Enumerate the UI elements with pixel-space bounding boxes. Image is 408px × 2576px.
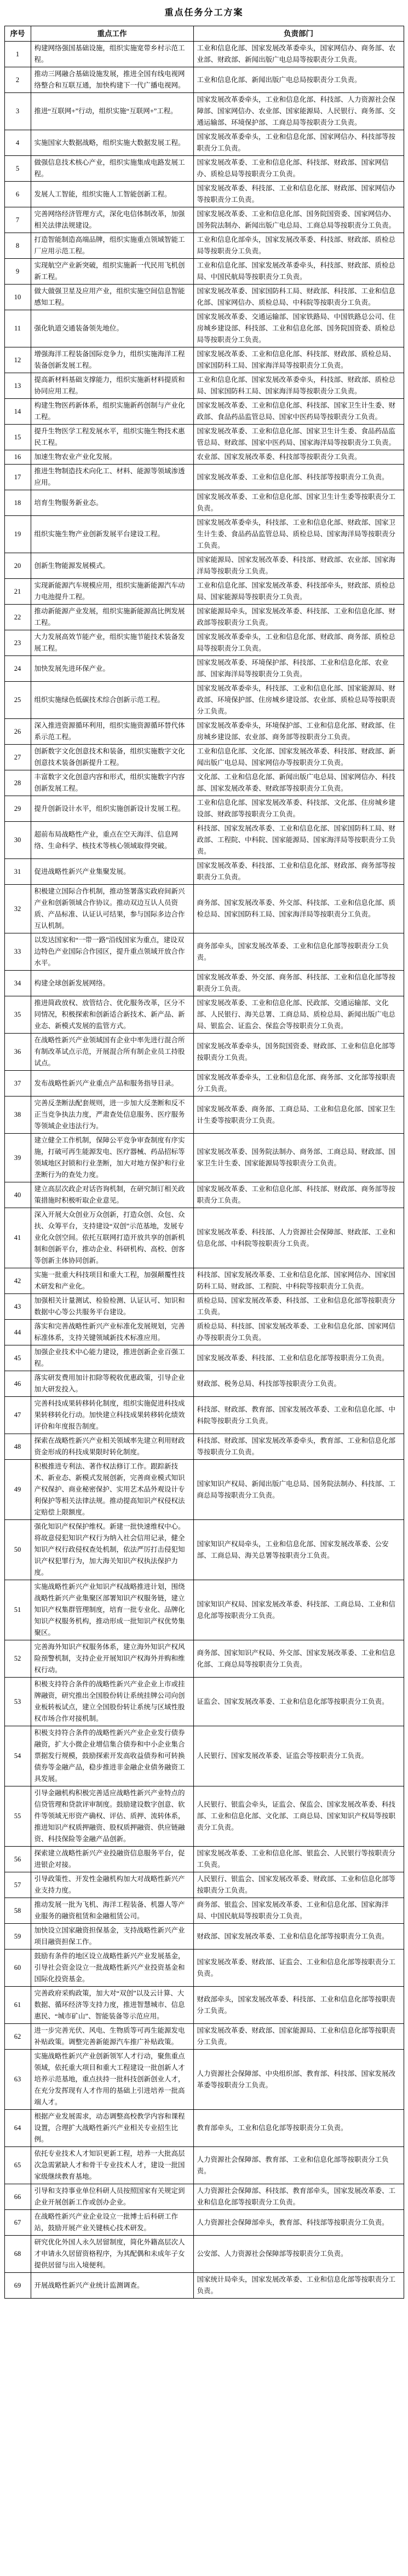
cell-no: 45 xyxy=(4,1345,31,1371)
cell-task: 超前布局战略性产业，重点在空天海洋、信息网络、生命科学、核技术等核心领域取得突破… xyxy=(31,822,193,859)
cell-task: 引导政策性、开发性金融机构加大对战略性新兴产业支持力度。 xyxy=(31,1872,193,1898)
cell-dept: 国家发展改革委、科技部、工业和信息化部、财政部、国家网信办等按职责分工负责。 xyxy=(193,182,404,207)
cell-dept: 国家发展改革委、交通运输部、国家铁路局、中国铁路总公司、住房城乡建设部、科技部、… xyxy=(193,310,404,347)
table-row: 16加速生物农业产业化发展。农业部、国家发展改革委、科技部等按职责分工负责。 xyxy=(4,450,404,465)
cell-task: 加速生物农业产业化发展。 xyxy=(31,450,193,465)
table-row: 63实施战略性新兴产业创新领军人才行动，聚焦重点领域，依托重大项目和重大工程建设… xyxy=(4,2050,404,2110)
cell-task: 推动三网融合基础设施发展，推进全国有线电视网络整合和互联互通，加快构建下一代广播… xyxy=(31,67,193,93)
col-header-task: 重点工作 xyxy=(31,26,193,42)
cell-dept: 国家发展改革委、工业和信息化部、国家卫生计生委、食品药品监管总局、财政部、国家中… xyxy=(193,425,404,450)
cell-no: 47 xyxy=(4,1397,31,1434)
cell-dept: 国家知识产权局、新闻出版广电总局、国务院法制办、科技部、工商总局等按职责分工负责… xyxy=(193,1460,404,1520)
cell-task: 鼓励有条件的地区设立战略性新兴产业发展基金，引导社会资金设立一批战略性新兴产业投… xyxy=(31,1950,193,1987)
cell-no: 9 xyxy=(4,259,31,285)
cell-task: 完善政府采购政策，加大对“双创”以及云计算、大数据、循环经济等支持力度，推进智慧… xyxy=(31,1987,193,2024)
table-row: 32积极建立国际合作机制，推动签署落实政府间新兴产业和创新领域合作协议。推动双边… xyxy=(4,885,404,933)
cell-no: 6 xyxy=(4,182,31,207)
cell-no: 37 xyxy=(4,1071,31,1096)
cell-dept: 科技部、国家发展改革委、工业和信息化部、国家国防科工局、财政部、工程院、中科院、… xyxy=(193,822,404,859)
cell-task: 建立健全工作机制，保障公平竞争审查制度有序实施，打破可再生能源发电、医疗器械、药… xyxy=(31,1134,193,1182)
table-row: 27创新数字文化创意技术和装备，组织实施数字文化创意技术装备创新提升工程。工业和… xyxy=(4,745,404,770)
cell-dept: 人力资源社会保障部牵头，教育部、科技部等按职责分工负责。 xyxy=(193,2210,404,2236)
cell-dept: 国家发展改革委、工业和信息化部、民政部、交通运输部、文化部、人民银行、海关总署、… xyxy=(193,996,404,1034)
cell-task: 大力发展高效节能产业，组织实施节能技术装备发展工程。 xyxy=(31,630,193,656)
cell-dept: 农业部、国家发展改革委、科技部等按职责分工负责。 xyxy=(193,450,404,465)
table-row: 48探索在战略性新兴产业相关领域率先建立利用财政资金形成的科技成果限时转化制度。… xyxy=(4,1434,404,1460)
table-row: 23大力发展高效节能产业，组织实施节能技术装备发展工程。国家发展改革委牵头，工业… xyxy=(4,630,404,656)
cell-no: 51 xyxy=(4,1580,31,1640)
cell-no: 50 xyxy=(4,1520,31,1580)
table-row: 11强化轨道交通装备领先地位。国家发展改革委、交通运输部、国家铁路局、中国铁路总… xyxy=(4,310,404,347)
cell-dept: 科技部、财政部、国家发展改革委牵头，教育部、工业和信息化部等按职责分工负责。 xyxy=(193,1434,404,1460)
cell-dept: 国家发展改革委、国务院法制办、商务部、工商总局、财政部、国家卫生计生委、国家能源… xyxy=(193,1134,404,1182)
cell-dept: 工业和信息化部、国家发展改革委、科技部、文化部、住房城乡建设部、财政部等按职责分… xyxy=(193,796,404,822)
cell-dept: 证监会、国家发展改革委、工业和信息化部等按职责分工负责。 xyxy=(193,1678,404,1726)
cell-task: 实施一批重大科技项目和重大工程，加强颠覆性技术研发和产业化。 xyxy=(31,1268,193,1294)
cell-task: 做大做强卫星及应用产业，组织实施空间信息智能感知工程。 xyxy=(31,285,193,310)
cell-dept: 工业和信息化部、国家发展改革委牵头，科技部、财政部、质检总局、国家国防科工局、国… xyxy=(193,373,404,399)
table-row: 44落实和完善战略性新兴产业标准化发展规划，完善标准体系，支持关键领域新技术标准… xyxy=(4,1320,404,1345)
table-row: 20创新生物能源发展模式。国家能源局、国家发展改革委、科技部、财政部、农业部、国… xyxy=(4,553,404,579)
cell-task: 实施战略性新兴产业创新领军人才行动，聚焦重点领域，依托重大项目和重大工程建设一批… xyxy=(31,2050,193,2110)
cell-task: 加快发展先进环保产业。 xyxy=(31,656,193,682)
table-row: 31促进战略性新兴产业集聚发展。国家发展改革委、科技部、工业和信息化部、财政部、… xyxy=(4,859,404,885)
table-row: 56探索建立战略性新兴产业投融资信息服务平台，促进银企对接。国家发展改革委、工业… xyxy=(4,1847,404,1872)
table-row: 67在战略性新兴产业企业设立一批博士后科研工作站，鼓励开展产业关键核心技术研发。… xyxy=(4,2210,404,2236)
cell-no: 35 xyxy=(4,996,31,1034)
cell-no: 34 xyxy=(4,971,31,996)
cell-task: 探索在战略性新兴产业相关领域率先建立利用财政资金形成的科技成果限时转化制度。 xyxy=(31,1434,193,1460)
cell-task: 提高新材料基础支撑能力，组织实施新材料提质和协同应用工程。 xyxy=(31,373,193,399)
cell-task: 推动发展一批为飞机、海洋工程装备、机器人等产业服务的融资租赁和金融租赁公司。 xyxy=(31,1898,193,1924)
cell-no: 65 xyxy=(4,2147,31,2184)
cell-dept: 国家发展改革委牵头，工业和信息化部、国家网信办、科技部等按职责分工负责。 xyxy=(193,130,404,156)
cell-dept: 人力资源社会保障部、教育部、工业和信息化部等按职责分工负责。 xyxy=(193,2147,404,2184)
col-header-no: 序号 xyxy=(4,26,31,42)
cell-task: 建立高层次政企对话咨询机制，在研究制订相关政策措施时积极听取企业意见。 xyxy=(31,1182,193,1208)
cell-dept: 国家发展改革委牵头，工业和信息化部、财政部、商务部、质检总局等按职责分工负责。 xyxy=(193,630,404,656)
cell-no: 20 xyxy=(4,553,31,579)
table-row: 34构建全球创新发展网络。国家发展改革委、外交部、商务部、科技部、工业和信息化部… xyxy=(4,971,404,996)
cell-task: 推进“互联网+”行动，组织实施“互联网+”工程。 xyxy=(31,93,193,130)
cell-task: 完善网络经济管理方式，深化电信体制改革，加强相关法律法规建设。 xyxy=(31,207,193,233)
cell-dept: 国家发展改革委、财政部、国家能源局、工业和信息化部等按职责分工负责。 xyxy=(193,2024,404,2050)
table-row: 36在战略性新兴产业领域国有企业中率先进行混合所有制改革试点示范，开展混合所有制… xyxy=(4,1034,404,1071)
cell-no: 16 xyxy=(4,450,31,465)
cell-task: 深入推进资源循环利用，组织实施资源循环替代体系示范工程。 xyxy=(31,719,193,745)
table-row: 55引导金融机构积极完善适应战略性新兴产业特点的信贷管理和贷款评审制度。鼓励建设… xyxy=(4,1786,404,1847)
cell-task: 构建全球创新发展网络。 xyxy=(31,971,193,996)
table-row: 42实施一批重大科技项目和重大工程，加强颠覆性技术研发和产业化。科技部、国家发展… xyxy=(4,1268,404,1294)
cell-dept: 国家发展改革委、外交部、商务部、科技部、工业和信息化部等按职责分工负责。 xyxy=(193,971,404,996)
cell-no: 11 xyxy=(4,310,31,347)
cell-task: 实现航空产业新突破，组织实施新一代民用飞机创新工程。 xyxy=(31,259,193,285)
cell-no: 30 xyxy=(4,822,31,859)
table-row: 50强化知识产权保护维权。新建一批快速维权中心。将故意侵犯知识产权行为纳入社会信… xyxy=(4,1520,404,1580)
cell-no: 40 xyxy=(4,1182,31,1208)
cell-no: 2 xyxy=(4,67,31,93)
table-row: 58推动发展一批为飞机、海洋工程装备、机器人等产业服务的融资租赁和金融租赁公司。… xyxy=(4,1898,404,1924)
cell-dept: 国家发展改革委、工业和信息化部、银监会、人民银行等按职责分工负责。 xyxy=(193,1847,404,1872)
table-row: 9实现航空产业新突破，组织实施新一代民用飞机创新工程。工业和信息化部、国家发展改… xyxy=(4,259,404,285)
cell-task: 开展战略性新兴产业统计监测调查。 xyxy=(31,2273,193,2299)
cell-no: 61 xyxy=(4,1987,31,2024)
cell-task: 实现新能源汽车规模应用，组织实施新能源汽车动力电池提升工程。 xyxy=(31,579,193,605)
cell-no: 29 xyxy=(4,796,31,822)
cell-no: 48 xyxy=(4,1434,31,1460)
cell-task: 创新数字文化创意技术和装备，组织实施数字文化创意技术装备创新提升工程。 xyxy=(31,745,193,770)
cell-dept: 国家发展改革委、商务部、工商总局、工业和信息化部、国家卫生计生委等按职责分工负责… xyxy=(193,1096,404,1134)
cell-no: 1 xyxy=(4,42,31,67)
cell-task: 创新生物能源发展模式。 xyxy=(31,553,193,579)
table-row: 65依托专业技术人才知识更新工程，培养一大批高层次急需紧缺人才和骨干专业技术人才… xyxy=(4,2147,404,2184)
cell-dept: 国家发展改革委、工业和信息化部、国家卫生计生委等按职责分工负责。 xyxy=(193,490,404,516)
table-row: 8打造智能制造高端品牌，组织实施重点领域智能工厂应用示范工程。工业和信息化部牵头… xyxy=(4,233,404,259)
table-row: 3推进“互联网+”行动，组织实施“互联网+”工程。国家发展改革委牵头，工业和信息… xyxy=(4,93,404,130)
table-row: 59加快设立国家融资担保基金，支持战略性新兴产业项目融资担保工作。财政部、国家发… xyxy=(4,1924,404,1950)
cell-no: 32 xyxy=(4,885,31,933)
cell-dept: 国家发展改革委、工业和信息化部、科技部等按职责分工负责。 xyxy=(193,465,404,490)
cell-task: 完善科技成果转移转化制度，组织实施促进科技成果转移转化行动。加快建立科技成果转移… xyxy=(31,1397,193,1434)
cell-no: 24 xyxy=(4,656,31,682)
table-row: 1构建网络强国基础设施，组织实施宽带乡村示范工程。工业和信息化部、国家发展改革委… xyxy=(4,42,404,67)
cell-task: 强化知识产权保护维权。新建一批快速维权中心。将故意侵犯知识产权行为纳入社会信用记… xyxy=(31,1520,193,1580)
cell-dept: 商务部牵头，国家发展改革委、工业和信息化部等按职责分工负责。 xyxy=(193,933,404,971)
cell-dept: 工业和信息化部、文化部、国家发展改革委、科技部、财政部、新闻出版广电总局、国家网… xyxy=(193,745,404,770)
cell-task: 组织实施生物产业创新发展平台建设工程。 xyxy=(31,516,193,553)
cell-no: 57 xyxy=(4,1872,31,1898)
table-row: 22推动新能源产业发展，组织实施新能源高比例发展工程。国家能源局牵头，国家发展改… xyxy=(4,605,404,630)
cell-task: 积极建立国际合作机制，推动签署落实政府间新兴产业和创新领域合作协议。推动双边互认… xyxy=(31,885,193,933)
table-row: 53积极支持符合条件的战略性新兴产业企业上市或挂牌融资，研究推出全国股份转让系统… xyxy=(4,1678,404,1726)
cell-no: 52 xyxy=(4,1640,31,1678)
table-row: 19组织实施生物产业创新发展平台建设工程。国家发展改革委牵头，科技部、工业和信息… xyxy=(4,516,404,553)
page-title: 重点任务分工方案 xyxy=(0,5,408,18)
cell-task: 落实和完善战略性新兴产业标准化发展规划，完善标准体系，支持关键领域新技术标准应用… xyxy=(31,1320,193,1345)
cell-no: 38 xyxy=(4,1096,31,1134)
cell-no: 43 xyxy=(4,1294,31,1320)
task-table-body: 1构建网络强国基础设施，组织实施宽带乡村示范工程。工业和信息化部、国家发展改革委… xyxy=(4,42,404,2299)
cell-task: 做强信息技术核心产业，组织实施集成电路发展工程。 xyxy=(31,156,193,182)
cell-no: 31 xyxy=(4,859,31,885)
cell-task: 完善反垄断法配套规则，进一步加大反垄断和反不正当竞争执法力度，严肃查处信息服务、… xyxy=(31,1096,193,1134)
table-row: 64根据产业发展需求，动态调整高校教学内容和课程设置，合理扩大战略性新兴产业相关… xyxy=(4,2110,404,2147)
table-row: 60鼓励有条件的地区设立战略性新兴产业发展基金，引导社会资金设立一批战略性新兴产… xyxy=(4,1950,404,1987)
cell-dept: 财政部、税务总局、科技部等按职责分工负责。 xyxy=(193,1371,404,1397)
cell-task: 研究优化外国人永久居留制度，简化外籍高层次人才申请永久居留资格程序，为其配偶和未… xyxy=(31,2236,193,2273)
table-row: 61完善政府采购政策，加大对“双创”以及云计算、大数据、循环经济等支持力度，推进… xyxy=(4,1987,404,2024)
table-row: 68研究优化外国人永久居留制度，简化外籍高层次人才申请永久居留资格程序，为其配偶… xyxy=(4,2236,404,2273)
cell-dept: 国家发展改革委、科技部、工业和信息化部等按职责分工负责。 xyxy=(193,1345,404,1371)
table-row: 39建立健全工作机制，保障公平竞争审查制度有序实施，打破可再生能源发电、医疗器械… xyxy=(4,1134,404,1182)
cell-dept: 商务部、国家知识产权局、外交部、国家发展改革委、工业和信息化部、工商总局等按职责… xyxy=(193,1640,404,1678)
cell-dept: 国家发展改革委、国家国防科工局、财政部、科技部、工业和信息化部、国家网信办、质检… xyxy=(193,285,404,310)
task-table: 序号 重点工作 负责部门 1构建网络强国基础设施，组织实施宽带乡村示范工程。工业… xyxy=(4,26,404,2299)
cell-no: 18 xyxy=(4,490,31,516)
cell-task: 提升创新设计水平，组织实施创新设计发展工程。 xyxy=(31,796,193,822)
cell-dept: 国家发展改革委、工业和信息化部、科技部、国家卫生计生委、财政部、食品药品监管总局… xyxy=(193,399,404,425)
cell-no: 62 xyxy=(4,2024,31,2050)
cell-dept: 文化部、工业和信息化部、新闻出版广电总局、国家网信办、科技部、国家发展改革委、财… xyxy=(193,770,404,796)
cell-no: 4 xyxy=(4,130,31,156)
cell-dept: 工业和信息化部、国家发展改革委牵头，国家网信办、商务部、农业部、财政部、新闻出版… xyxy=(193,42,404,67)
cell-dept: 人民银行、银监会、国家发展改革委、财政部、工业和信息化部等按职责分工负责。 xyxy=(193,1872,404,1898)
cell-no: 44 xyxy=(4,1320,31,1345)
cell-task: 以发达国家和“一带一路”沿线国家为重点，建设双边特色产业国际合作园区，提升重点领… xyxy=(31,933,193,971)
header-row: 序号 重点工作 负责部门 xyxy=(4,26,404,42)
cell-dept: 工业和信息化部、新闻出版广电总局按职责分工负责。 xyxy=(193,67,404,93)
cell-dept: 工业和信息化部、国家发展改革委、科技部牵头，财政部、质检总局、国家能源局等按职责… xyxy=(193,579,404,605)
table-row: 21实现新能源汽车规模应用，组织实施新能源汽车动力电池提升工程。工业和信息化部、… xyxy=(4,579,404,605)
cell-dept: 财政部、国家发展改革委、工业和信息化部等按职责分工负责。 xyxy=(193,1924,404,1950)
cell-dept: 教育部牵头，工业和信息化部等按职责分工负责。 xyxy=(193,2110,404,2147)
table-row: 15提升生物医学工程发展水平，组织实施生物技术惠民工程。国家发展改革委、工业和信… xyxy=(4,425,404,450)
cell-task: 落实研发费用加计扣除等税收优惠政策，引导企业加大研发投入。 xyxy=(31,1371,193,1397)
cell-task: 发展人工智能，组织实施人工智能创新工程。 xyxy=(31,182,193,207)
cell-no: 23 xyxy=(4,630,31,656)
cell-no: 27 xyxy=(4,745,31,770)
cell-task: 打造智能制造高端品牌，组织实施重点领域智能工厂应用示范工程。 xyxy=(31,233,193,259)
cell-dept: 国家能源局牵头，国家发展改革委、科技部、工业和信息化部、财政部等按职责分工负责。 xyxy=(193,605,404,630)
cell-no: 56 xyxy=(4,1847,31,1872)
cell-task: 引导金融机构积极完善适应战略性新兴产业特点的信贷管理和贷款评审制度。鼓励建设数字… xyxy=(31,1786,193,1847)
table-row: 2推动三网融合基础设施发展，推进全国有线电视网络整合和互联互通，加快构建下一代广… xyxy=(4,67,404,93)
cell-no: 15 xyxy=(4,425,31,450)
document-page: 重点任务分工方案 序号 重点工作 负责部门 1构建网络强国基础设施，组织实施宽带… xyxy=(0,0,408,2299)
cell-no: 41 xyxy=(4,1208,31,1268)
table-row: 69开展战略性新兴产业统计监测调查。国家统计局牵头，国家发展改革委、工业和信息化… xyxy=(4,2273,404,2299)
table-row: 37发布战略性新兴产业重点产品和服务指导目录。国家发展改革委牵头，工业和信息化部… xyxy=(4,1071,404,1096)
table-row: 24加快发展先进环保产业。国家发展改革委、环境保护部、科技部、工业和信息化部、农… xyxy=(4,656,404,682)
cell-dept: 国家知识产权局牵头，工业和信息化部、国家发展改革委、公安部、工商总局、海关总署等… xyxy=(193,1520,404,1580)
cell-no: 63 xyxy=(4,2050,31,2110)
cell-task: 进一步完善光伏、风电、生物质等可再生能源发电补贴政策。调整完善新能源汽车推广补贴… xyxy=(31,2024,193,2050)
cell-no: 22 xyxy=(4,605,31,630)
table-row: 10做大做强卫星及应用产业，组织实施空间信息智能感知工程。国家发展改革委、国家国… xyxy=(4,285,404,310)
cell-task: 构建生物医药新体系，组织实施新药创制与产业化工程。 xyxy=(31,399,193,425)
table-row: 66引导和支持事业单位科研人员按照国家有关规定到企业开展创新工作或创办企业。人力… xyxy=(4,2184,404,2210)
table-row: 29提升创新设计水平，组织实施创新设计发展工程。工业和信息化部、国家发展改革委、… xyxy=(4,796,404,822)
cell-no: 13 xyxy=(4,373,31,399)
cell-dept: 商务部、银监会、国家发展改革委、工业和信息化部、国家海洋局、中国民航局等按职责分… xyxy=(193,1898,404,1924)
cell-no: 8 xyxy=(4,233,31,259)
cell-dept: 国家发展改革委牵头，环境保护部、工业和信息化部、财政部、住房城乡建设部、农业部、… xyxy=(193,719,404,745)
cell-dept: 公安部、人力资源社会保障部等按职责分工负责。 xyxy=(193,2236,404,2273)
cell-no: 69 xyxy=(4,2273,31,2299)
cell-no: 59 xyxy=(4,1924,31,1950)
table-row: 45加强企业技术中心能力建设，推进创新企业百强工程。国家发展改革委、科技部、工业… xyxy=(4,1345,404,1371)
cell-task: 加快设立国家融资担保基金，支持战略性新兴产业项目融资担保工作。 xyxy=(31,1924,193,1950)
table-row: 54积极支持符合条件的战略性新兴产业企业发行债券融资，扩大小微企业增信集合债券和… xyxy=(4,1726,404,1786)
cell-task: 增强海洋工程装备国际竞争力，组织实施海洋工程装备创新发展工程。 xyxy=(31,347,193,373)
table-row: 62进一步完善光伏、风电、生物质等可再生能源发电补贴政策。调整完善新能源汽车推广… xyxy=(4,2024,404,2050)
cell-no: 39 xyxy=(4,1134,31,1182)
cell-task: 积极推进专利法、著作权法修订工作。跟踪新技术、新业态、新模式发展创新，完善商业模… xyxy=(31,1460,193,1520)
cell-no: 36 xyxy=(4,1034,31,1071)
cell-dept: 财政部牵头，国家发展改革委、科技部、工业和信息化部等按职责分工负责。 xyxy=(193,1987,404,2024)
cell-dept: 国家发展改革委、财政部、证监会、工业和信息化部等按职责分工负责。 xyxy=(193,1950,404,1987)
table-row: 38完善反垄断法配套规则，进一步加大反垄断和反不正当竞争执法力度，严肃查处信息服… xyxy=(4,1096,404,1134)
cell-dept: 质检总局、科技部、国家发展改革委、工业和信息化部、国家网信办等按职责分工负责。 xyxy=(193,1320,404,1345)
cell-dept: 国家发展改革委、工业和信息化部、科技部、财政部、质检总局、国家国防科工局、国家海… xyxy=(193,347,404,373)
cell-task: 推动新能源产业发展，组织实施新能源高比例发展工程。 xyxy=(31,605,193,630)
table-row: 4实施国家大数据战略，组织实施大数据发展工程。国家发展改革委牵头，工业和信息化部… xyxy=(4,130,404,156)
cell-task: 积极支持符合条件的战略性新兴产业企业发行债券融资，扩大小微企业增信集合债券和中小… xyxy=(31,1726,193,1786)
table-row: 51实施战略性新兴产业知识产权战略推进计划，围绕战略性新兴产业集聚区部署知识产权… xyxy=(4,1580,404,1640)
cell-dept: 商务部、国家发展改革委、外交部、科技部、工业和信息化部、质检总局、国家国防科工局… xyxy=(193,885,404,933)
cell-task: 在战略性新兴产业企业设立一批博士后科研工作站，鼓励开展产业关键核心技术研发。 xyxy=(31,2210,193,2236)
table-row: 33以发达国家和“一带一路”沿线国家为重点，建设双边特色产业国际合作园区，提升重… xyxy=(4,933,404,971)
table-row: 35推进简政放权、放管结合、优化服务改革，区分不同情况，积极探索和创新适合新技术… xyxy=(4,996,404,1034)
cell-dept: 人民银行、银监会牵头，证监会、保监会、国家发展改革委、科技部、工业和信息化部、文… xyxy=(193,1786,404,1847)
cell-no: 58 xyxy=(4,1898,31,1924)
cell-no: 64 xyxy=(4,2110,31,2147)
cell-dept: 国家发展改革委、科技部、工业和信息化部、财政部、商务部等按职责分工负责。 xyxy=(193,859,404,885)
cell-task: 促进战略性新兴产业集聚发展。 xyxy=(31,859,193,885)
cell-no: 53 xyxy=(4,1678,31,1726)
table-row: 7完善网络经济管理方式，深化电信体制改革，加强相关法律法规建设。国家发展改革委、… xyxy=(4,207,404,233)
cell-no: 66 xyxy=(4,2184,31,2210)
cell-dept: 国家发展改革委牵头，工业和信息化部、商务部、文化部等按职责分工负责。 xyxy=(193,1071,404,1096)
cell-dept: 国家能源局、国家发展改革委、科技部、财政部、农业部、国家海洋局等按职责分工负责。 xyxy=(193,553,404,579)
cell-task: 发布战略性新兴产业重点产品和服务指导目录。 xyxy=(31,1071,193,1096)
table-row: 30超前布局战略性产业，重点在空天海洋、信息网络、生命科学、核技术等核心领域取得… xyxy=(4,822,404,859)
cell-no: 21 xyxy=(4,579,31,605)
cell-dept: 国家发展改革委牵头，科技部、工业和信息化部、财政部、国家卫生计生委、食品药品监管… xyxy=(193,516,404,553)
cell-no: 14 xyxy=(4,399,31,425)
cell-task: 探索建立战略性新兴产业投融资信息服务平台，促进银企对接。 xyxy=(31,1847,193,1872)
cell-no: 19 xyxy=(4,516,31,553)
cell-dept: 国家发展改革委、环境保护部、科技部、工业和信息化部、农业部、国家海洋局等按职责分… xyxy=(193,656,404,682)
cell-dept: 质检总局、国家发展改革委、科技部、工业和信息化部等按职责分工负责。 xyxy=(193,1294,404,1320)
cell-dept: 工业和信息化部牵头，国家发展改革委、科技部、财政部、质检总局等按职责分工负责。 xyxy=(193,233,404,259)
cell-no: 28 xyxy=(4,770,31,796)
cell-no: 42 xyxy=(4,1268,31,1294)
cell-dept: 国家发展改革委牵头，国务院国资委、财政部、工业和信息化部等按职责分工负责。 xyxy=(193,1034,404,1071)
cell-task: 培育生物服务新业态。 xyxy=(31,490,193,516)
table-row: 18培育生物服务新业态。国家发展改革委、工业和信息化部、国家卫生计生委等按职责分… xyxy=(4,490,404,516)
table-row: 46落实研发费用加计扣除等税收优惠政策，引导企业加大研发投入。财政部、税务总局、… xyxy=(4,1371,404,1397)
cell-dept: 国家统计局牵头，国家发展改革委、工业和信息化部等按职责分工负责。 xyxy=(193,2273,404,2299)
cell-task: 构建网络强国基础设施，组织实施宽带乡村示范工程。 xyxy=(31,42,193,67)
cell-task: 组织实施绿色低碳技术综合创新示范工程。 xyxy=(31,682,193,719)
task-table-header: 序号 重点工作 负责部门 xyxy=(4,26,404,42)
cell-task: 深入开展大众创业万众创新，打造众创、众包、众扶、众筹平台，支持建设“双创”示范基… xyxy=(31,1208,193,1268)
cell-no: 25 xyxy=(4,682,31,719)
cell-task: 根据产业发展需求，动态调整高校教学内容和课程设置，合理扩大战略性新兴产业相关专业… xyxy=(31,2110,193,2147)
cell-no: 26 xyxy=(4,719,31,745)
table-row: 13提高新材料基础支撑能力，组织实施新材料提质和协同应用工程。工业和信息化部、国… xyxy=(4,373,404,399)
table-row: 25组织实施绿色低碳技术综合创新示范工程。国家发展改革委牵头，科技部、工业和信息… xyxy=(4,682,404,719)
cell-no: 46 xyxy=(4,1371,31,1397)
cell-no: 49 xyxy=(4,1460,31,1520)
cell-dept: 人力资源社会保障部、科技部、教育部牵头，国家发展改革委、工业和信息化部等按职责分… xyxy=(193,2184,404,2210)
table-row: 47完善科技成果转移转化制度，组织实施促进科技成果转移转化行动。加快建立科技成果… xyxy=(4,1397,404,1434)
cell-task: 引导和支持事业单位科研人员按照国家有关规定到企业开展创新工作或创办企业。 xyxy=(31,2184,193,2210)
cell-task: 实施国家大数据战略，组织实施大数据发展工程。 xyxy=(31,130,193,156)
table-row: 52完善海外知识产权服务体系，建立海外知识产权风险预警机制，支持企业开展知识产权… xyxy=(4,1640,404,1678)
table-row: 28丰富数字文化创意内容和形式，组织实施数字内容创新发展工程。文化部、工业和信息… xyxy=(4,770,404,796)
col-header-dept: 负责部门 xyxy=(193,26,404,42)
cell-dept: 科技部、财政部、教育部、国家发展改革委、工业和信息化部、中科院等按职责分工负责。 xyxy=(193,1397,404,1434)
table-row: 40建立高层次政企对话咨询机制，在研究制订相关政策措施时积极听取企业意见。国家发… xyxy=(4,1182,404,1208)
cell-task: 强化轨道交通装备领先地位。 xyxy=(31,310,193,347)
table-row: 49积极推进专利法、著作权法修订工作。跟踪新技术、新业态、新模式发展创新，完善商… xyxy=(4,1460,404,1520)
cell-dept: 工业和信息化部、国家发展改革委牵头，科技部、财政部、质检总局、中国民航局等按职责… xyxy=(193,259,404,285)
cell-dept: 国家发展改革委牵头，工业和信息化部、科技部、人力资源社会保障部、国家网信办、农业… xyxy=(193,93,404,130)
cell-dept: 科技部、国家发展改革委、工业和信息化部、国家网信办、国家国防科工局、财政部、工程… xyxy=(193,1268,404,1294)
table-row: 6发展人工智能，组织实施人工智能创新工程。国家发展改革委、科技部、工业和信息化部… xyxy=(4,182,404,207)
cell-dept: 人民银行、国家发展改革委、证监会等按职责分工负责。 xyxy=(193,1726,404,1786)
cell-task: 依托专业技术人才知识更新工程，培养一大批高层次急需紧缺人才和骨干专业技术人才，建… xyxy=(31,2147,193,2184)
cell-task: 提升生物医学工程发展水平，组织实施生物技术惠民工程。 xyxy=(31,425,193,450)
cell-task: 加强企业技术中心能力建设，推进创新企业百强工程。 xyxy=(31,1345,193,1371)
table-row: 43加强相关计量测试、检验检测、认证认可、知识和数据中心等公共服务平台建设。质检… xyxy=(4,1294,404,1320)
table-row: 5做强信息技术核心产业，组织实施集成电路发展工程。国家发展改革委、工业和信息化部… xyxy=(4,156,404,182)
cell-dept: 国家发展改革委、工业和信息化部、科技部、财政部、商务部等按职责分工负责。 xyxy=(193,1182,404,1208)
cell-task: 积极支持符合条件的战略性新兴产业企业上市或挂牌融资，研究推出全国股份转让系统挂牌… xyxy=(31,1678,193,1726)
cell-dept: 国家发展改革委、工业和信息化部、国务院国资委、国家网信办、国务院法制办、新闻出版… xyxy=(193,207,404,233)
cell-dept: 国家知识产权局、国家发展改革委、科技部、工商总局、工业和信息化部等按职责分工负责… xyxy=(193,1580,404,1640)
cell-no: 7 xyxy=(4,207,31,233)
cell-task: 加强相关计量测试、检验检测、认证认可、知识和数据中心等公共服务平台建设。 xyxy=(31,1294,193,1320)
cell-task: 推进简政放权、放管结合、优化服务改革，区分不同情况，积极探索和创新适合新技术、新… xyxy=(31,996,193,1034)
table-row: 17推进生物制造技术向化工、材料、能源等领域渗透应用。国家发展改革委、工业和信息… xyxy=(4,465,404,490)
cell-no: 68 xyxy=(4,2236,31,2273)
cell-no: 5 xyxy=(4,156,31,182)
cell-no: 54 xyxy=(4,1726,31,1786)
cell-no: 17 xyxy=(4,465,31,490)
table-row: 26深入推进资源循环利用，组织实施资源循环替代体系示范工程。国家发展改革委牵头，… xyxy=(4,719,404,745)
cell-task: 推进生物制造技术向化工、材料、能源等领域渗透应用。 xyxy=(31,465,193,490)
cell-no: 60 xyxy=(4,1950,31,1987)
cell-dept: 国家发展改革委、工业和信息化部、科技部、财政部、国家网信办、质检总局等按职责分工… xyxy=(193,156,404,182)
cell-task: 在战略性新兴产业领域国有企业中率先进行混合所有制改革试点示范，开展混合所有制企业… xyxy=(31,1034,193,1071)
table-row: 57引导政策性、开发性金融机构加大对战略性新兴产业支持力度。人民银行、银监会、国… xyxy=(4,1872,404,1898)
cell-task: 实施战略性新兴产业知识产权战略推进计划，围绕战略性新兴产业集聚区部署知识产权服务… xyxy=(31,1580,193,1640)
cell-task: 丰富数字文化创意内容和形式，组织实施数字内容创新发展工程。 xyxy=(31,770,193,796)
cell-no: 3 xyxy=(4,93,31,130)
cell-no: 33 xyxy=(4,933,31,971)
table-row: 41深入开展大众创业万众创新，打造众创、众包、众扶、众筹平台，支持建设“双创”示… xyxy=(4,1208,404,1268)
cell-no: 10 xyxy=(4,285,31,310)
cell-task: 完善海外知识产权服务体系，建立海外知识产权风险预警机制，支持企业开展知识产权海外… xyxy=(31,1640,193,1678)
cell-dept: 国家发展改革委牵头，科技部、工业和信息化部、国家能源局、财政部、环境保护部、住房… xyxy=(193,682,404,719)
cell-no: 55 xyxy=(4,1786,31,1847)
table-row: 14构建生物医药新体系，组织实施新药创制与产业化工程。国家发展改革委、工业和信息… xyxy=(4,399,404,425)
cell-no: 12 xyxy=(4,347,31,373)
cell-dept: 国家发展改革委、科技部、人力资源社会保障部、财政部、工业和信息化部、中科院等按职… xyxy=(193,1208,404,1268)
cell-no: 67 xyxy=(4,2210,31,2236)
cell-dept: 人力资源社会保障部、中央组织部、教育部、科技部、国家发展改革委等按职责分工负责。 xyxy=(193,2050,404,2110)
table-row: 12增强海洋工程装备国际竞争力，组织实施海洋工程装备创新发展工程。国家发展改革委… xyxy=(4,347,404,373)
